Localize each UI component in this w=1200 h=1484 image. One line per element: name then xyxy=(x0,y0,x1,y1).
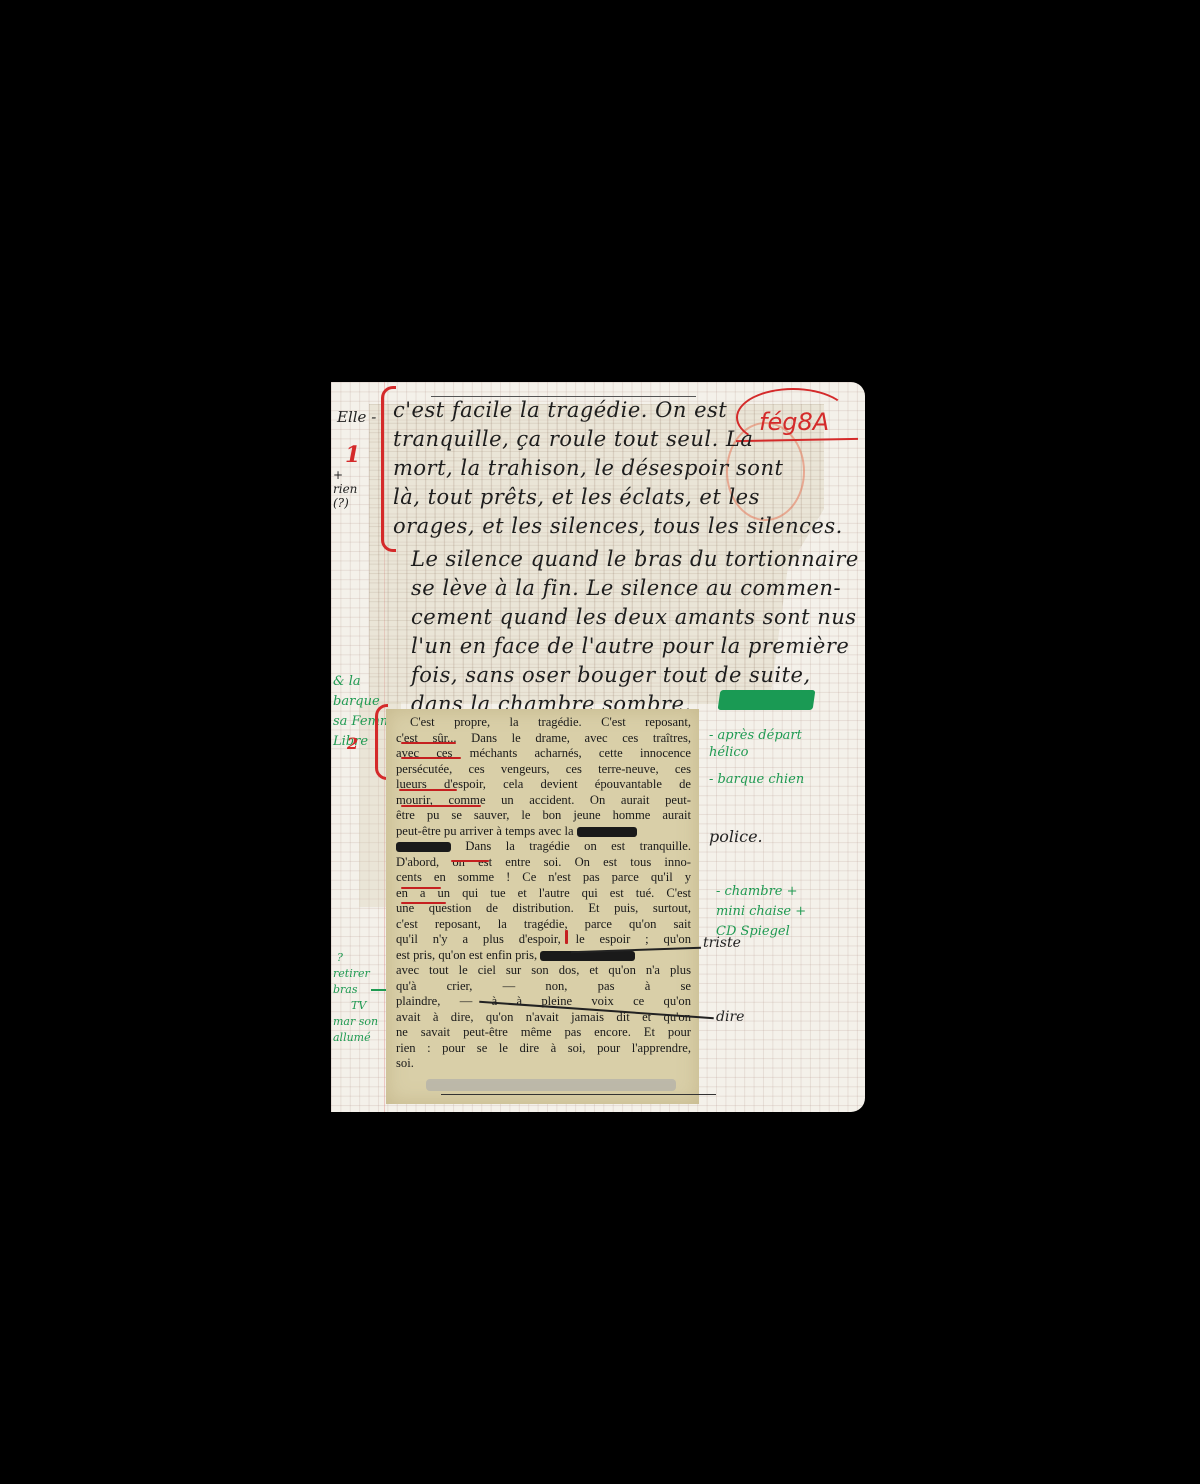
note-dire: dire xyxy=(716,1009,744,1025)
handwritten-line: c'est facile la tragédie. On est xyxy=(393,396,833,425)
handwritten-line: fois, sans oser bouger tout de suite, xyxy=(411,661,831,690)
printed-line: avec ces méchants acharnés, cette innoce… xyxy=(396,746,691,762)
green-note-line: & la xyxy=(333,672,400,692)
red-underline xyxy=(401,902,446,904)
redaction-mark xyxy=(396,842,451,852)
red-underline xyxy=(401,757,461,759)
printed-line: persécutée, ces vengeurs, ces terre-neuv… xyxy=(396,762,691,778)
printed-line: rien : pour se le dire à soi, pour l'app… xyxy=(396,1041,691,1057)
printed-line-text: peut-être pu arriver à temps avec la xyxy=(396,824,574,838)
printed-line: plaindre, — à à pleine voix ce qu'on xyxy=(396,994,691,1010)
green-note-chambre: - chambre + mini chaise + CD Spiegel xyxy=(716,882,816,942)
note-police: police. xyxy=(709,827,763,846)
printed-line-text: Dans la tragédie on est tranquille. xyxy=(465,839,691,853)
printed-line: C'est propre, la tragédie. C'est reposan… xyxy=(396,715,691,731)
red-mark-1: 1 xyxy=(345,442,360,468)
printed-line: Dans la tragédie on est tranquille. xyxy=(396,839,691,855)
red-underline xyxy=(401,887,441,889)
printed-line: D'abord, on est entre soi. On est tous i… xyxy=(396,855,691,871)
printed-line: ne savait peut-être même pas encore. Et … xyxy=(396,1025,691,1041)
printed-line: qu'il n'y a plus d'espoir, le espoir ; q… xyxy=(396,932,691,948)
green-note-barque-chien: - barque chien xyxy=(709,772,804,787)
redaction-mark xyxy=(577,827,637,837)
printed-text-block: C'est propre, la tragédie. C'est reposan… xyxy=(396,715,691,1072)
red-underline xyxy=(401,742,456,744)
notebook-page: fég8A Elle - 1 + rien (?) & la barque sa… xyxy=(331,382,865,1112)
green-note-line: retirer xyxy=(333,966,378,982)
handwritten-line: mort, la trahison, le désespoir sont xyxy=(393,454,833,483)
handwritten-line: se lève à la fin. Le silence au commen- xyxy=(411,574,831,603)
printed-line: être pu se sauver, le bon jeune homme au… xyxy=(396,808,691,824)
printed-line: cents en somme ! Ce n'est pas parce qu'i… xyxy=(396,870,691,886)
handwritten-paragraph-1: c'est facile la tragédie. On est tranqui… xyxy=(393,396,833,541)
printed-line: qu'à crier, — non, pas à se xyxy=(396,979,691,995)
printed-line: avec tout le ciel sur son dos, et qu'on … xyxy=(396,963,691,979)
handwritten-line: cement quand les deux amants sont nus xyxy=(411,603,831,632)
speaker-label: Elle - xyxy=(337,408,376,426)
green-note-line: mar son xyxy=(333,1014,378,1030)
handwritten-line: Le silence quand le bras du tortionnaire xyxy=(411,545,831,574)
red-underline xyxy=(401,805,481,807)
red-mark-2: 2 xyxy=(347,734,358,753)
printed-line: peut-être pu arriver à temps avec la xyxy=(396,824,691,840)
handwritten-line: l'un en face de l'autre pour la première xyxy=(411,632,831,661)
handwritten-line: orages, et les silences, tous les silenc… xyxy=(393,512,833,541)
green-note-line: allumé xyxy=(333,1030,378,1046)
green-note-line: TV xyxy=(333,998,378,1014)
printed-line-text: est pris, qu'on est enfin pris, xyxy=(396,948,537,962)
green-note-line: ? xyxy=(333,950,378,966)
green-margin-note-bottom: ? retirer bras TV mar son allumé xyxy=(333,950,378,1046)
handwritten-line: tranquille, ça roule tout seul. La xyxy=(393,425,833,454)
handwritten-line: là, tout prêts, et les éclats, et les xyxy=(393,483,833,512)
margin-note-rien: + rien (?) xyxy=(333,468,361,510)
bottom-rule-line xyxy=(441,1094,716,1095)
green-highlight-mark xyxy=(718,690,816,710)
blurred-text-bar xyxy=(426,1079,676,1091)
red-underline xyxy=(451,860,489,862)
red-underline xyxy=(399,789,457,791)
red-insert-mark xyxy=(565,930,568,944)
printed-line: c'est reposant, la tragédie, parce qu'on… xyxy=(396,917,691,933)
green-note-helico: - après départ hélico xyxy=(709,727,819,761)
printed-line: soi. xyxy=(396,1056,691,1072)
